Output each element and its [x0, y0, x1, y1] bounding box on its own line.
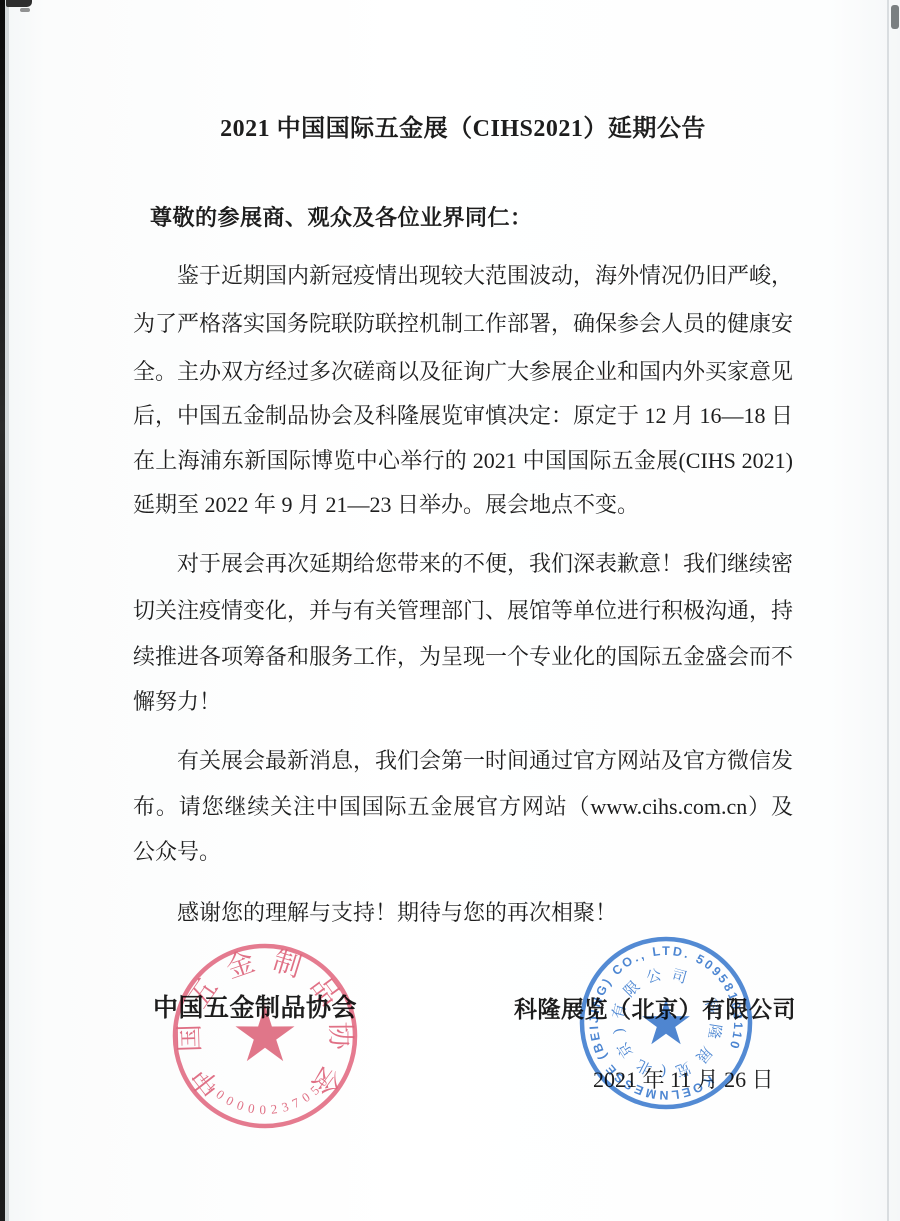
scan-mark-top-left-2	[20, 8, 30, 12]
body-line: 在上海浦东新国际博览中心举行的 2021 中国国际五金展(CIHS 2021)	[133, 448, 793, 474]
star-icon	[642, 999, 690, 1044]
body-line: 布。请您继续关注中国国际五金展官方网站（www.cihs.com.cn）及	[133, 794, 793, 820]
body-line: 续推进各项筹备和服务工作，为呈现一个专业化的国际五金盛会而不	[133, 644, 793, 670]
red-association-seal: 中国五金制品协会 1100000237050	[169, 940, 361, 1132]
body-line: 为了严格落实国务院联防联控机制工作部署，确保参会人员的健康安	[133, 311, 793, 337]
body-line: 对于展会再次延期给您带来的不便，我们深表歉意！我们继续密	[133, 551, 793, 577]
body-line: 延期至 2022 年 9 月 21—23 日举办。展会地点不变。	[133, 492, 793, 518]
scan-mark-top-left	[6, 0, 32, 7]
body-line: 感谢您的理解与支持！期待与您的再次相聚！	[133, 900, 793, 926]
scanned-letter-page: 2021 中国国际五金展（CIHS2021）延期公告 尊敬的参展商、观众及各位业…	[0, 0, 900, 1221]
body-line: 全。主办双方经过多次磋商以及征询广大参展企业和国内外买家意见	[133, 359, 793, 385]
scan-edge-right	[887, 0, 889, 1221]
body-line: 后，中国五金制品协会及科隆展览审慎决定：原定于 12 月 16—18 日	[133, 403, 793, 429]
body-line: 鉴于近期国内新冠疫情出现较大范围波动，海外情况仍旧严峻，	[133, 263, 793, 289]
blue-company-seal: KOELNMESSE (BEIJING) CO., LTD. 509581031…	[577, 934, 755, 1112]
body-line: 懈努力！	[133, 689, 793, 715]
scan-edge-left-shadow	[5, 0, 9, 1221]
salutation: 尊敬的参展商、观众及各位业界同仁：	[150, 201, 533, 232]
scan-mark-top-right	[891, 5, 899, 29]
body-line: 公众号。	[133, 839, 793, 865]
body-line: 切关注疫情变化，并与有关管理部门、展馆等单位进行积极沟通，持	[133, 598, 793, 624]
star-icon	[236, 1005, 295, 1061]
page-title: 2021 中国国际五金展（CIHS2021）延期公告	[133, 108, 793, 143]
body-line: 有关展会最新消息，我们会第一时间通过官方网站及官方微信发	[133, 748, 793, 774]
